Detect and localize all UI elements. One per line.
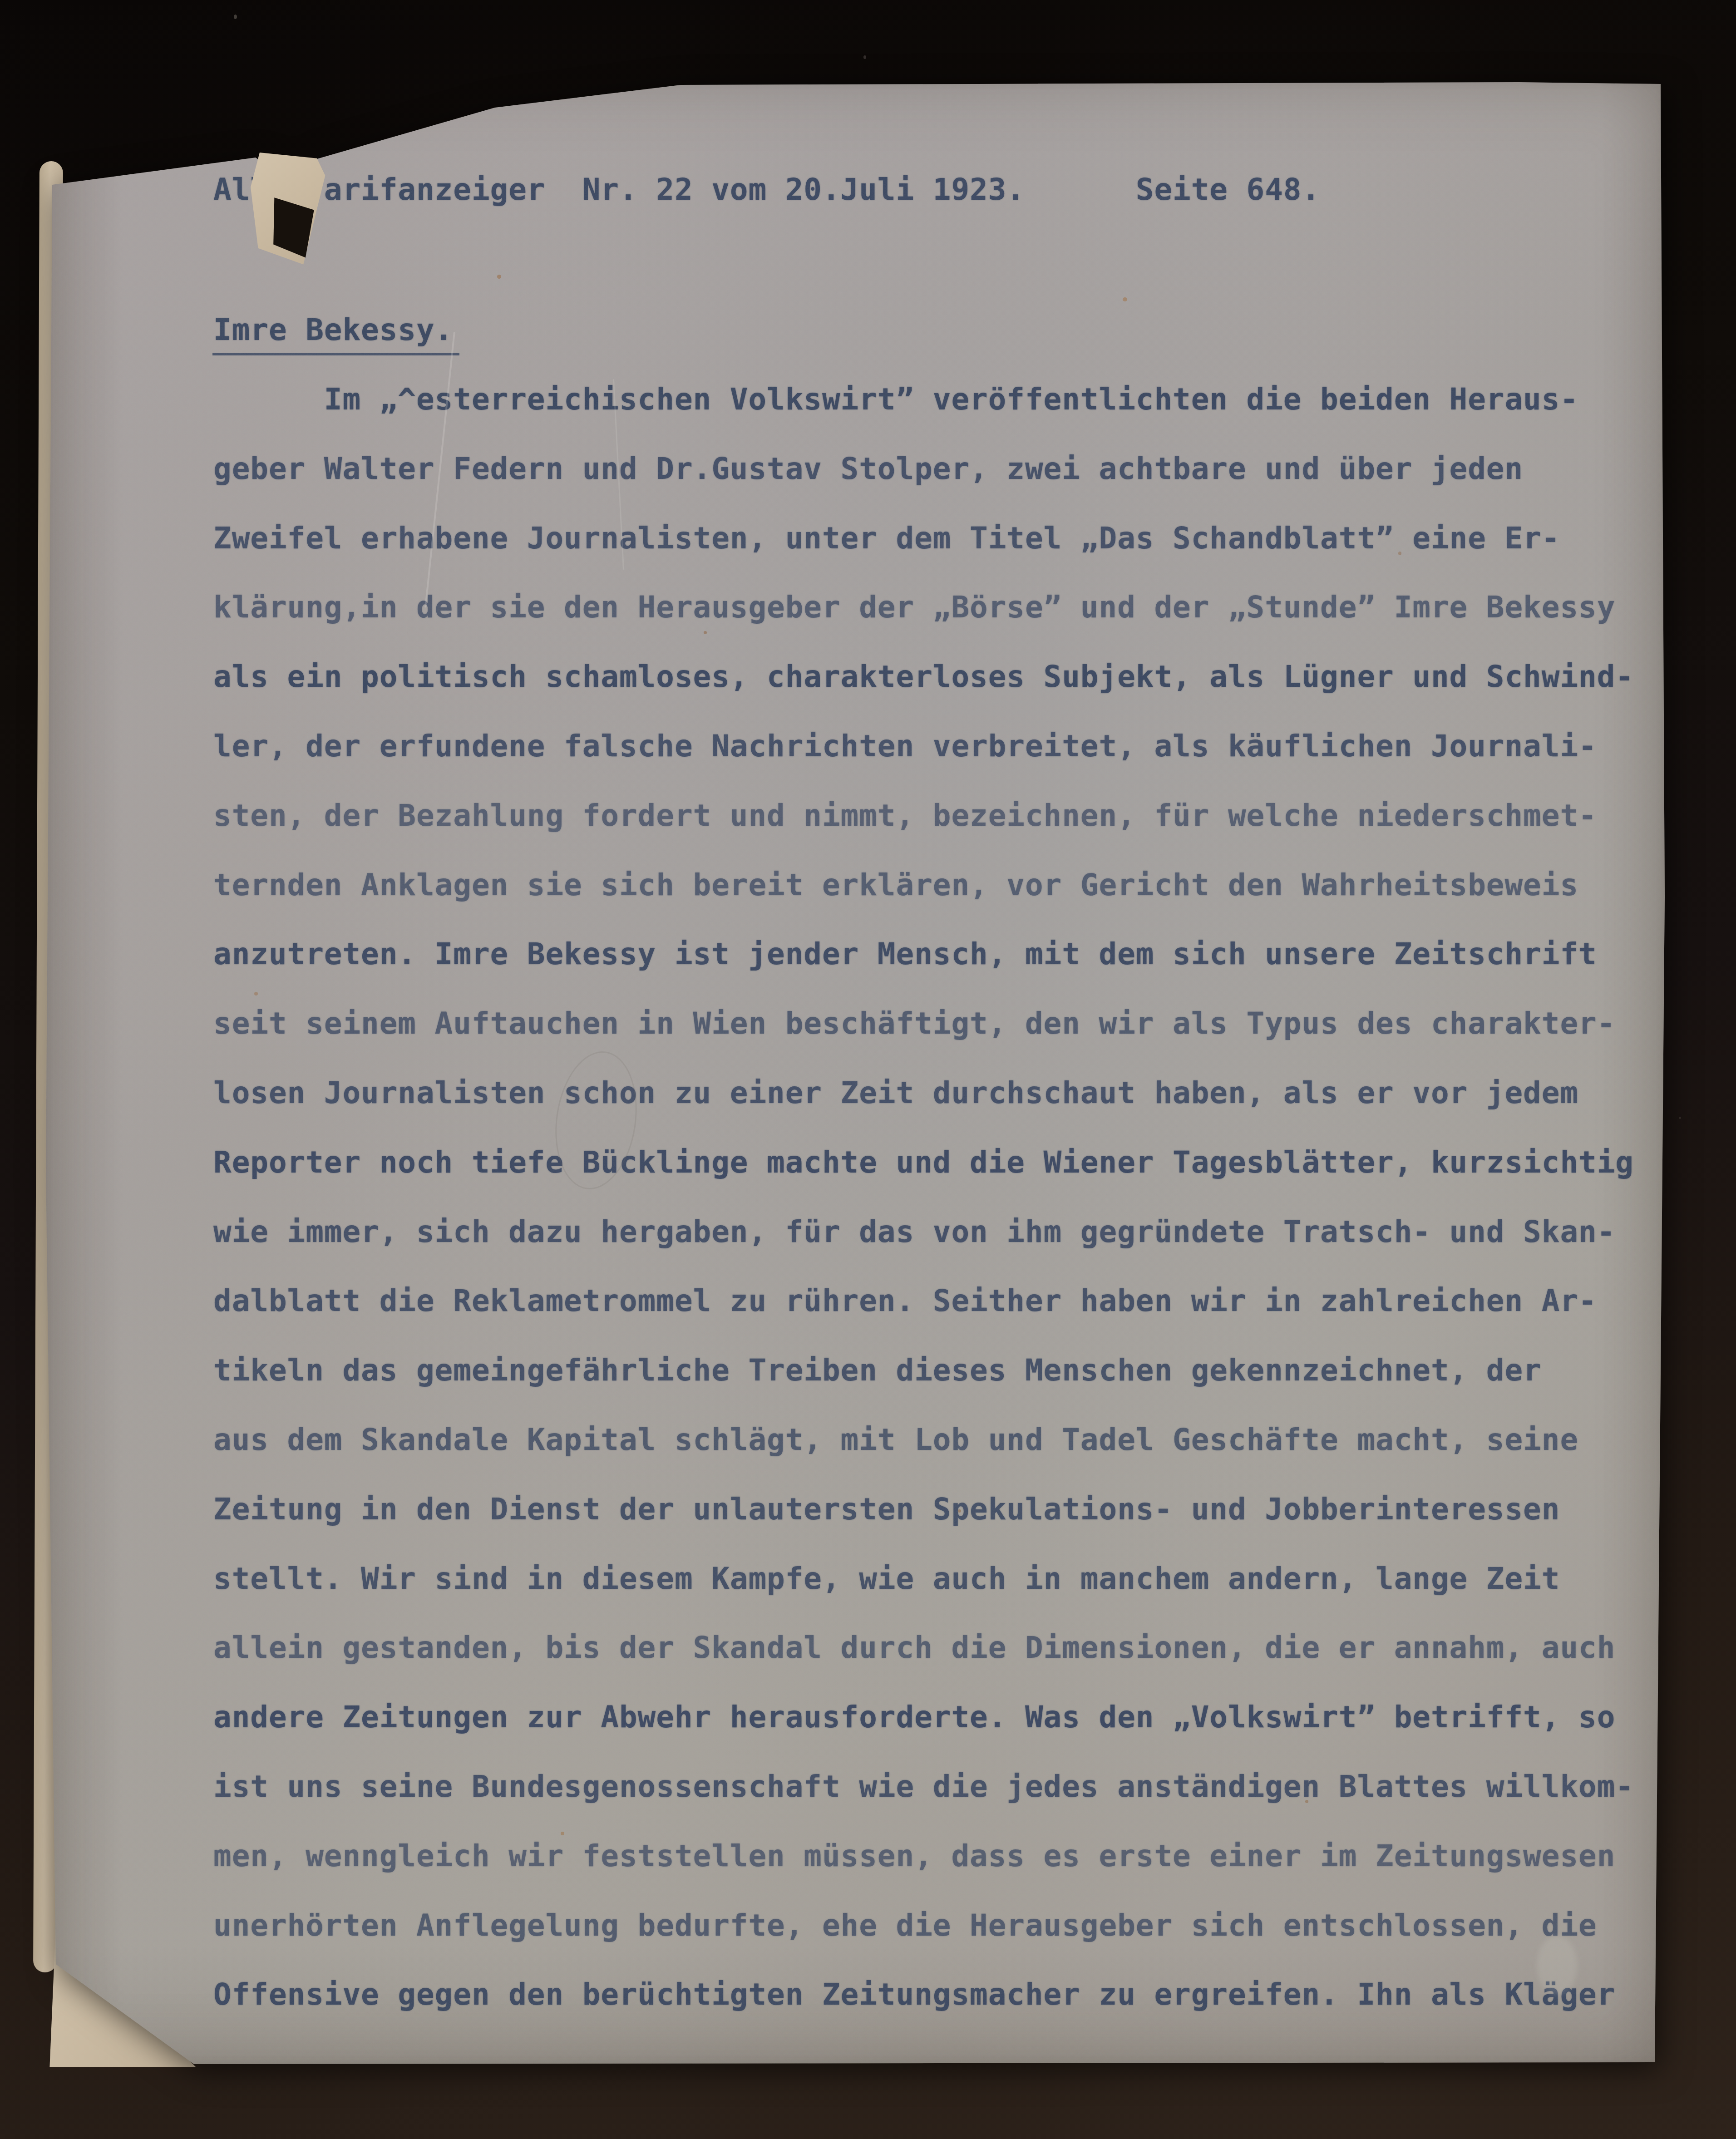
body-line: Reporter noch tiefe Bücklinge machte und… bbox=[213, 1144, 1634, 1181]
rust-speck bbox=[1123, 297, 1127, 301]
rust-speck bbox=[497, 275, 501, 279]
body-line: dalblatt die Reklametrommel zu rühren. S… bbox=[213, 1283, 1597, 1319]
body-line: Offensive gegen den berüchtigten Zeitung… bbox=[213, 1976, 1615, 2013]
body-line: wie immer, sich dazu hergaben, für das v… bbox=[213, 1214, 1615, 1250]
body-line: unerhörten Anflegelung bedurfte, ehe die… bbox=[213, 1907, 1597, 1944]
body-line: als ein politisch schamloses, charakterl… bbox=[213, 659, 1634, 695]
page-header: Allg.Tarifanzeiger Nr. 22 vom 20.Juli 19… bbox=[213, 172, 1320, 208]
body-line: allein gestanden, bis der Skandal durch … bbox=[213, 1630, 1615, 1666]
body-line: men, wenngleich wir feststellen müssen, … bbox=[213, 1838, 1615, 1874]
rust-speck bbox=[1398, 552, 1401, 555]
paper-grain-texture bbox=[43, 79, 1666, 2065]
body-line: anzutreten. Imre Bekessy ist jender Mens… bbox=[213, 936, 1597, 972]
rust-speck bbox=[254, 992, 258, 996]
rust-speck bbox=[1305, 1800, 1308, 1803]
body-line: ternden Anklagen sie sich bereit erkläre… bbox=[213, 867, 1578, 903]
body-line: klärung,in der sie den Herausgeber der „… bbox=[213, 589, 1615, 626]
body-line: seit seinem Auftauchen in Wien beschäfti… bbox=[213, 1005, 1615, 1042]
body-line: geber Walter Federn und Dr.Gustav Stolpe… bbox=[213, 451, 1523, 487]
body-line: stellt. Wir sind in diesem Kampfe, wie a… bbox=[213, 1561, 1560, 1597]
body-line: losen Journalisten schon zu einer Zeit d… bbox=[213, 1075, 1578, 1111]
paper-shadow-wrap: Allg.Tarifanzeiger Nr. 22 vom 20.Juli 19… bbox=[0, 0, 1736, 2139]
paper-gloss-mark bbox=[1537, 1936, 1578, 1995]
body-line: tikeln das gemeingefährliche Treiben die… bbox=[213, 1352, 1542, 1389]
body-line: ist uns seine Bundesgenossenschaft wie d… bbox=[213, 1769, 1634, 1805]
article-title: Imre Bekessy. bbox=[212, 312, 459, 355]
body-line: sten, der Bezahlung fordert und nimmt, b… bbox=[213, 798, 1597, 834]
article-title-line: Imre Bekessy. bbox=[213, 312, 459, 355]
body-line: Im „^esterreichischen Volkswirt” veröffe… bbox=[213, 381, 1578, 418]
paper-vignette bbox=[43, 79, 1666, 2065]
rust-speck bbox=[561, 1832, 564, 1835]
document-page: Allg.Tarifanzeiger Nr. 22 vom 20.Juli 19… bbox=[43, 79, 1666, 2065]
photo-background: Allg.Tarifanzeiger Nr. 22 vom 20.Juli 19… bbox=[0, 0, 1736, 2139]
body-line: Zweifel erhabene Journalisten, unter dem… bbox=[213, 520, 1560, 557]
rust-speck bbox=[958, 1509, 961, 1513]
body-line: andere Zeitungen zur Abwehr herausforder… bbox=[213, 1699, 1615, 1735]
body-line: ler, der erfundene falsche Nachrichten v… bbox=[213, 728, 1597, 764]
body-line: Zeitung in den Dienst der unlautersten S… bbox=[213, 1491, 1560, 1528]
rust-speck bbox=[704, 631, 707, 634]
body-line: aus dem Skandale Kapital schlägt, mit Lo… bbox=[213, 1422, 1578, 1458]
